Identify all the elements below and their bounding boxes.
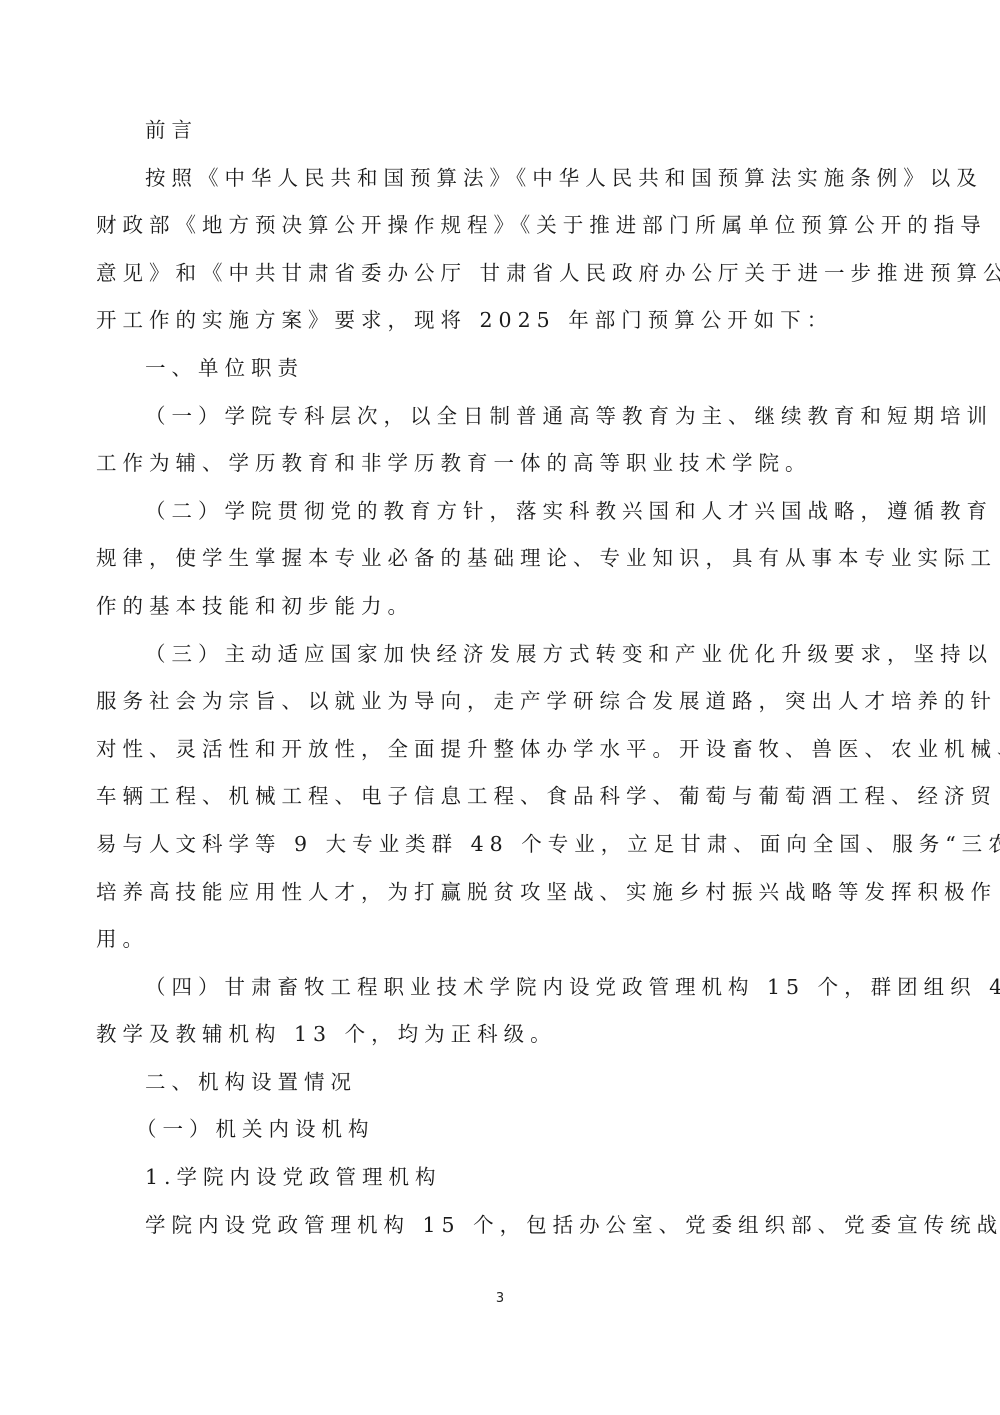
duty-item-2-line: （二）学院贯彻党的教育方针，落实科教兴国和人才兴国战略，遵循教育 [96,488,908,536]
party-admin-text-line: 学院内设党政管理机构 15 个，包括办公室、党委组织部、党委宣传统战部、 [96,1202,908,1250]
preface-line: 意见》和《中共甘肃省委办公厅 甘肃省人民政府办公厅关于进一步推进预算公 [96,250,908,298]
duty-item-3-line: 易与人文科学等 9 大专业类群 48 个专业，立足甘肃、面向全国、服务“三农”， [96,821,908,869]
duty-item-3-line: 对性、灵活性和开放性，全面提升整体办学水平。开设畜牧、兽医、农业机械、 [96,726,908,774]
duty-item-3-line: 车辆工程、机械工程、电子信息工程、食品科学、葡萄与葡萄酒工程、经济贸 [96,773,908,821]
preface-line: 按照《中华人民共和国预算法》《中华人民共和国预算法实施条例》以及 [96,155,908,203]
duty-item-1-line: 工作为辅、学历教育和非学历教育一体的高等职业技术学院。 [96,440,908,488]
subsection-item-party-admin: 1.学院内设党政管理机构 [96,1154,908,1202]
duty-item-3-line: 培养高技能应用性人才，为打赢脱贫攻坚战、实施乡村振兴战略等发挥积极作 [96,869,908,917]
duty-item-4-line: 教学及教辅机构 13 个，均为正科级。 [96,1011,908,1059]
duty-item-2-line: 作的基本技能和初步能力。 [96,583,908,631]
duty-item-3-line: 用。 [96,916,908,964]
preface-heading: 前言 [96,107,908,155]
duty-item-1-line: （一）学院专科层次，以全日制普通高等教育为主、继续教育和短期培训 [96,393,908,441]
duty-item-2-line: 规律，使学生掌握本专业必备的基础理论、专业知识，具有从事本专业实际工 [96,535,908,583]
duty-item-4-line: （四）甘肃畜牧工程职业技术学院内设党政管理机构 15 个，群团组织 4 个， [96,964,908,1012]
subsection-heading-internal-units: （一）机关内设机构 [96,1106,908,1154]
page-number: 3 [0,1291,1000,1306]
preface-line: 开工作的实施方案》要求，现将 2025 年部门预算公开如下： [96,297,908,345]
preface-line: 财政部《地方预决算公开操作规程》《关于推进部门所属单位预算公开的指导 [96,202,908,250]
duty-item-3-line: 服务社会为宗旨、以就业为导向，走产学研综合发展道路，突出人才培养的针 [96,678,908,726]
duty-item-3-line: （三）主动适应国家加快经济发展方式转变和产业优化升级要求，坚持以 [96,631,908,679]
section-heading-duties: 一、单位职责 [96,345,908,393]
section-heading-organization: 二、机构设置情况 [96,1059,908,1107]
document-body: 前言 按照《中华人民共和国预算法》《中华人民共和国预算法实施条例》以及 财政部《… [96,107,908,1249]
